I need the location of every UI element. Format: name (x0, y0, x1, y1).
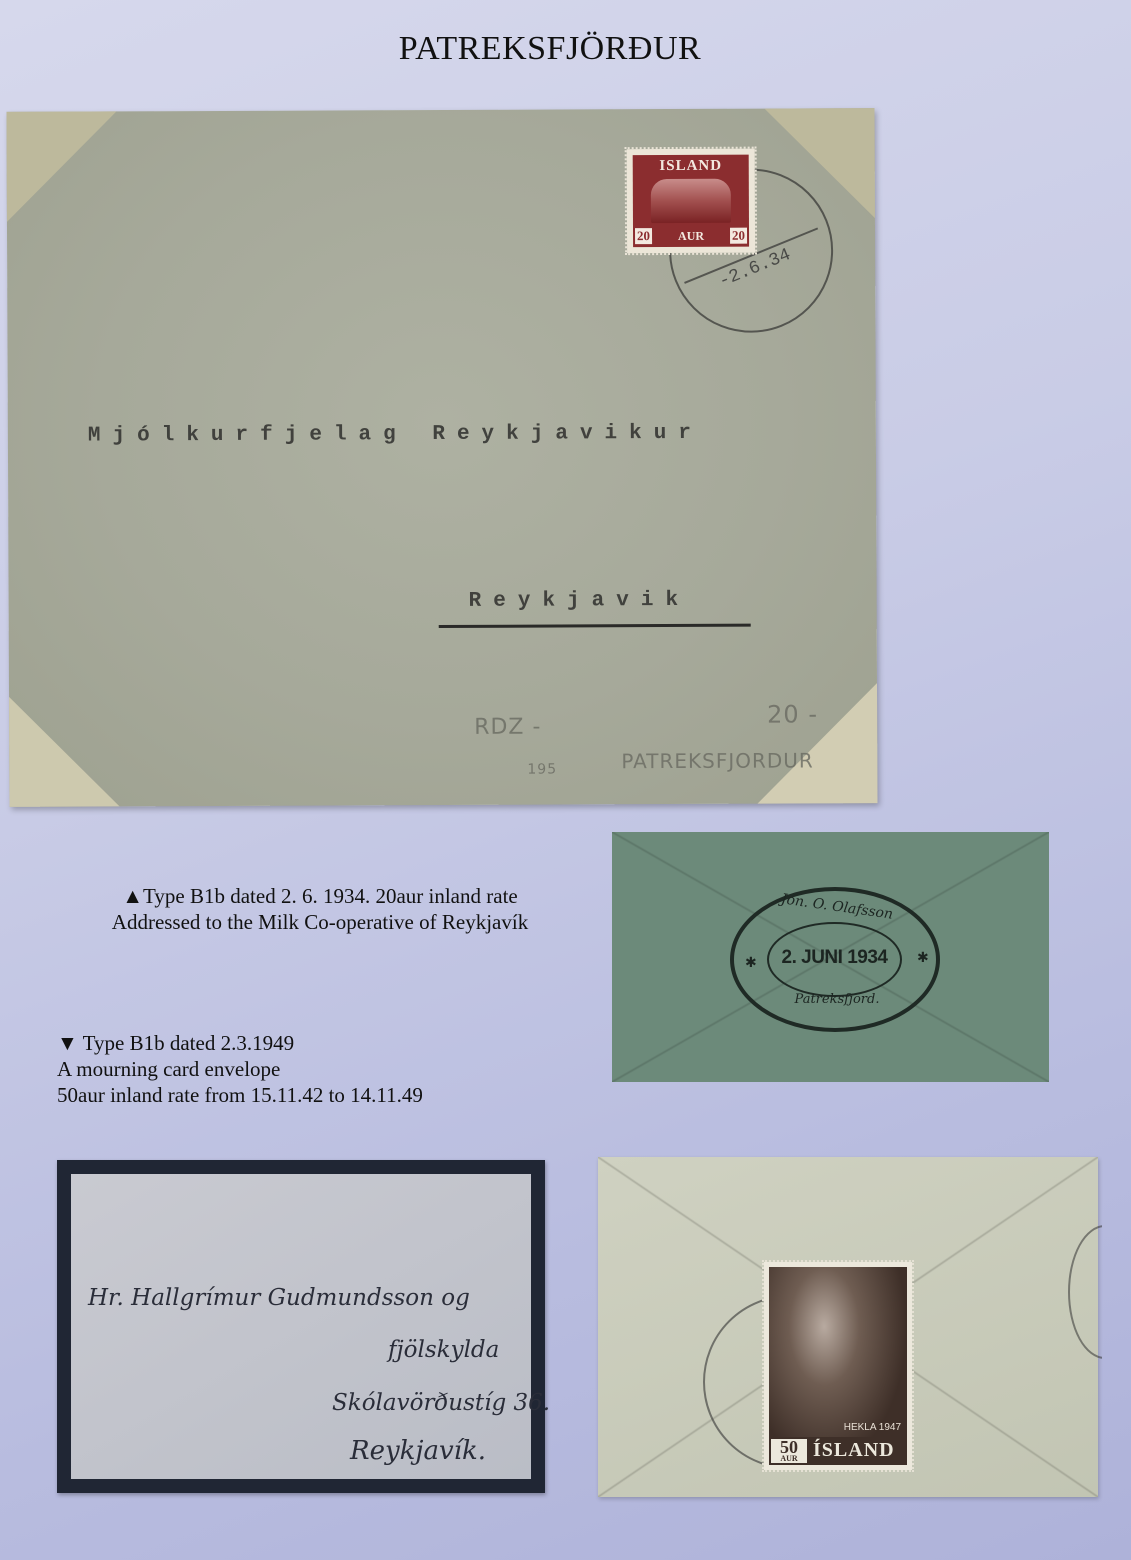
stamp-caption: HEKLA 1947 (844, 1422, 901, 1433)
stamp-country: ISLAND (633, 158, 749, 176)
caption-line: A mourning card envelope (57, 1056, 423, 1082)
page-title: PATREKSFJÖRÐUR (0, 30, 1100, 68)
stamp-20-aur: ISLAND 20 AUR 20 (627, 149, 755, 254)
main-cover-envelope: -2.6.34 ISLAND 20 AUR 20 Mjólkurfjelag R… (6, 108, 877, 807)
handwritten-city: Reykjavík. (350, 1436, 486, 1466)
stamp-country: ÍSLAND (813, 1439, 903, 1462)
pencil-note: 195 (527, 762, 557, 778)
caption-top: ▲Type B1b dated 2. 6. 1934. 20aur inland… (60, 883, 580, 935)
waterfall-illustration (651, 179, 731, 223)
stamp-value: 50 AUR (771, 1439, 807, 1463)
cachet-place: Patreksfjord. (787, 992, 887, 1007)
address-recipient: Mjólkurfjelag Reykjavikur (88, 422, 703, 448)
envelope-paper (71, 1174, 531, 1479)
photo-corner (6, 111, 116, 221)
caption-line: ▲Type B1b dated 2. 6. 1934. 20aur inland… (60, 883, 580, 909)
caption-line: ▼ Type B1b dated 2.3.1949 (57, 1030, 423, 1056)
pencil-note: PATREKSFJORDUR (621, 748, 814, 773)
cachet-date: 2. JUNI 1934 (767, 947, 902, 969)
stamp-value: 20 (730, 228, 747, 244)
caption-line: 50aur inland rate from 15.11.42 to 14.11… (57, 1082, 423, 1108)
pencil-note: RDZ - (474, 715, 541, 740)
handwritten-recipient: Hr. Hallgrímur Gudmundsson og (88, 1285, 470, 1311)
handwritten-street: Skólavörðustíg 36. (332, 1390, 550, 1416)
volcano-illustration: HEKLA 1947 50 AUR ÍSLAND (769, 1267, 907, 1465)
green-cover-back: Jon. O. Olafsson 2. JUNI 1934 Patreksfjo… (612, 832, 1049, 1082)
pencil-note: 20 - (767, 700, 818, 728)
address-city: Reykjavik (469, 589, 691, 613)
handwritten-line: fjölskylda (388, 1337, 499, 1363)
photo-corner (9, 696, 119, 806)
address-underline (439, 624, 751, 628)
star-icon: ✱ (745, 955, 757, 972)
caption-bottom: ▼ Type B1b dated 2.3.1949 A mourning car… (57, 1030, 423, 1108)
caption-line: Addressed to the Milk Co-operative of Re… (60, 909, 580, 935)
star-icon: ✱ (917, 950, 929, 967)
stamp-50-aur-hekla: HEKLA 1947 50 AUR ÍSLAND (764, 1262, 912, 1470)
